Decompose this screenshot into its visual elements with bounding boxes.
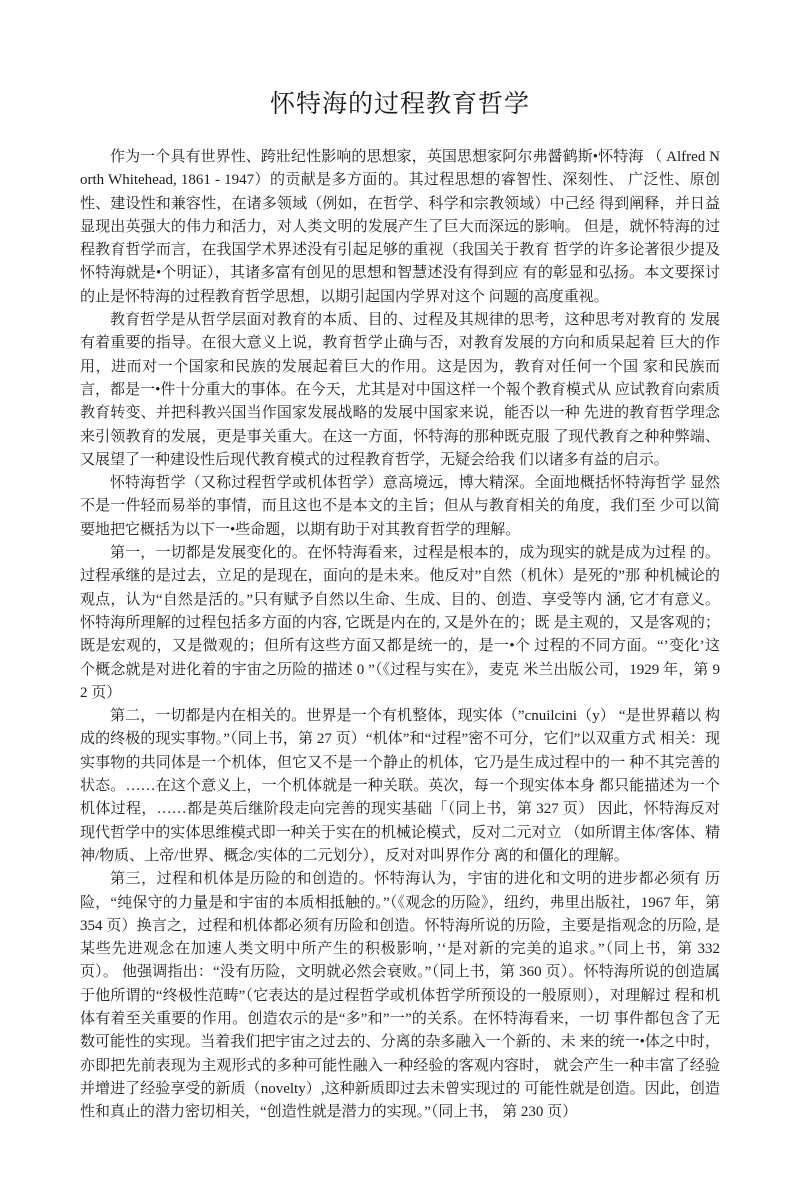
paragraph-thesis-two: 第二，一切都是内在相关的。世界是一个有机整体，现实体（”cnuilcini（y）…	[80, 705, 720, 868]
document-page: 怀特海的过程教育哲学 作为一个具有世界性、跨壯纪性影响的思想家，英国思想家阿尔弗…	[0, 0, 800, 1183]
paragraph-intro: 作为一个具有世界性、跨壯纪性影响的思想家，英国思想家阿尔弗醤鹤斯•怀特海 （ A…	[80, 146, 720, 309]
paragraph-whitehead-philosophy: 怀特海哲学（又称过程哲学或机体哲学）意高境远，博大精深。全面地概括怀特海哲学 显…	[80, 472, 720, 542]
paragraph-thesis-three: 第三，过程和机体是历险的和创造的。怀特海认为，宇宙的进化和文明的进步都必须有 历…	[80, 868, 720, 1124]
paragraph-education-philosophy: 教育哲学是从哲学层面对教育的本质、目的、过程及其规律的思考，这种思考对教育的 发…	[80, 309, 720, 472]
paragraph-thesis-one: 第一，一切都是发展变化的。在怀特海看来，过程是根本的，成为现实的就是成为过程 的…	[80, 542, 720, 705]
page-title: 怀特海的过程教育哲学	[80, 84, 720, 120]
